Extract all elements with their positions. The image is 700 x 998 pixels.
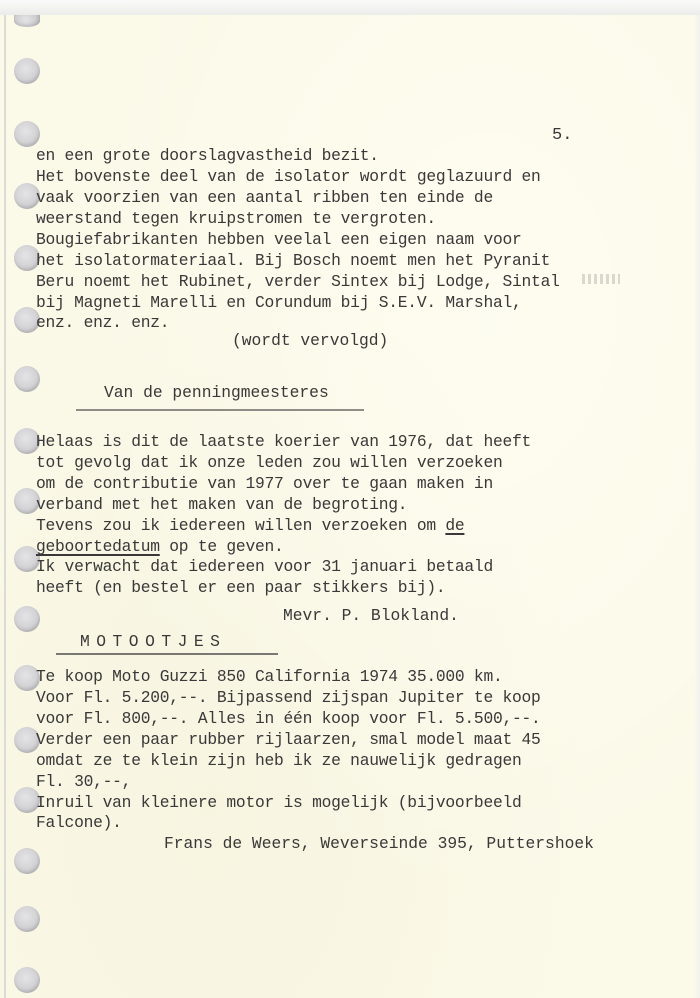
- article-line: bij Magneti Marelli en Corundum bij S.E.…: [36, 293, 522, 313]
- treasurer-line-text: op te geven.: [160, 537, 284, 556]
- underlined-word: geboortedatum: [36, 537, 160, 556]
- punch-hole-icon: [14, 967, 40, 993]
- article-line: weerstand tegen kruipstromen te vergrote…: [36, 209, 436, 229]
- article-line: Beru noemt het Rubinet, verder Sintex bi…: [36, 272, 560, 292]
- ad-line: voor Fl. 800,--. Alles in één koop voor …: [36, 709, 541, 729]
- article-line: enz. enz. enz.: [36, 313, 169, 333]
- section-heading: MOTOOTJES: [80, 632, 226, 651]
- article-line: Bougiefabrikanten hebben veelal een eige…: [36, 230, 522, 250]
- treasurer-line: Helaas is dit de laatste koerier van 197…: [36, 432, 531, 452]
- page-number: 5.: [552, 126, 572, 145]
- scanner-top-margin: [0, 0, 700, 15]
- treasurer-signature: Mevr. P. Blokland.: [283, 606, 459, 625]
- treasurer-line: Tevens zou ik iedereen willen verzoeken …: [36, 516, 464, 536]
- ad-line: Inruil van kleinere motor is mogelijk (b…: [36, 793, 522, 813]
- article-line: en een grote doorslagvastheid bezit.: [36, 146, 379, 166]
- punch-hole-icon: [14, 848, 40, 874]
- treasurer-line: om de contributie van 1977 over te gaan …: [36, 474, 493, 494]
- treasurer-line: tot gevolg dat ik onze leden zou willen …: [36, 453, 503, 473]
- punch-hole-icon: [14, 906, 40, 932]
- ink-smudge: [582, 274, 620, 284]
- ad-line: Te koop Moto Guzzi 850 California 1974 3…: [36, 667, 503, 687]
- treasurer-line: Ik verwacht dat iedereen voor 31 januari…: [36, 557, 493, 577]
- punch-hole-icon: [14, 58, 40, 84]
- section-heading: Van de penningmeesteres: [104, 383, 329, 402]
- treasurer-line: geboortedatum op te geven.: [36, 537, 284, 557]
- page-right-shadow: [694, 15, 700, 998]
- seller-signature: Frans de Weers, Weverseinde 395, Putters…: [164, 834, 594, 853]
- heading-rule: [76, 409, 364, 411]
- treasurer-line-text: Tevens zou ik iedereen willen verzoeken …: [36, 516, 445, 535]
- continued-note: (wordt vervolgd): [232, 331, 388, 350]
- treasurer-line: heeft (en bestel er een paar stikkers bi…: [36, 578, 445, 598]
- heading-rule: [56, 653, 278, 655]
- ad-line: Fl. 30,--,: [36, 772, 131, 792]
- ad-line: omdat ze te klein zijn heb ik ze nauweli…: [36, 751, 522, 771]
- punch-hole-icon: [14, 606, 40, 632]
- ad-line: Verder een paar rubber rijlaarzen, smal …: [36, 730, 541, 750]
- article-line: Het bovenste deel van de isolator wordt …: [36, 167, 541, 187]
- underlined-word: de: [445, 516, 464, 535]
- punch-hole-icon: [14, 15, 40, 27]
- punch-hole-icon: [14, 366, 40, 392]
- article-line: vaak voorzien van een aantal ribben ten …: [36, 188, 493, 208]
- article-line: het isolatormateriaal. Bij Bosch noemt m…: [36, 251, 550, 271]
- ad-line: Voor Fl. 5.200,--. Bijpassend zijspan Ju…: [36, 688, 541, 708]
- ad-line: Falcone).: [36, 813, 122, 833]
- treasurer-line: verband met het maken van de begroting.: [36, 495, 407, 515]
- punch-hole-icon: [14, 121, 40, 147]
- page-left-edge: [4, 15, 6, 998]
